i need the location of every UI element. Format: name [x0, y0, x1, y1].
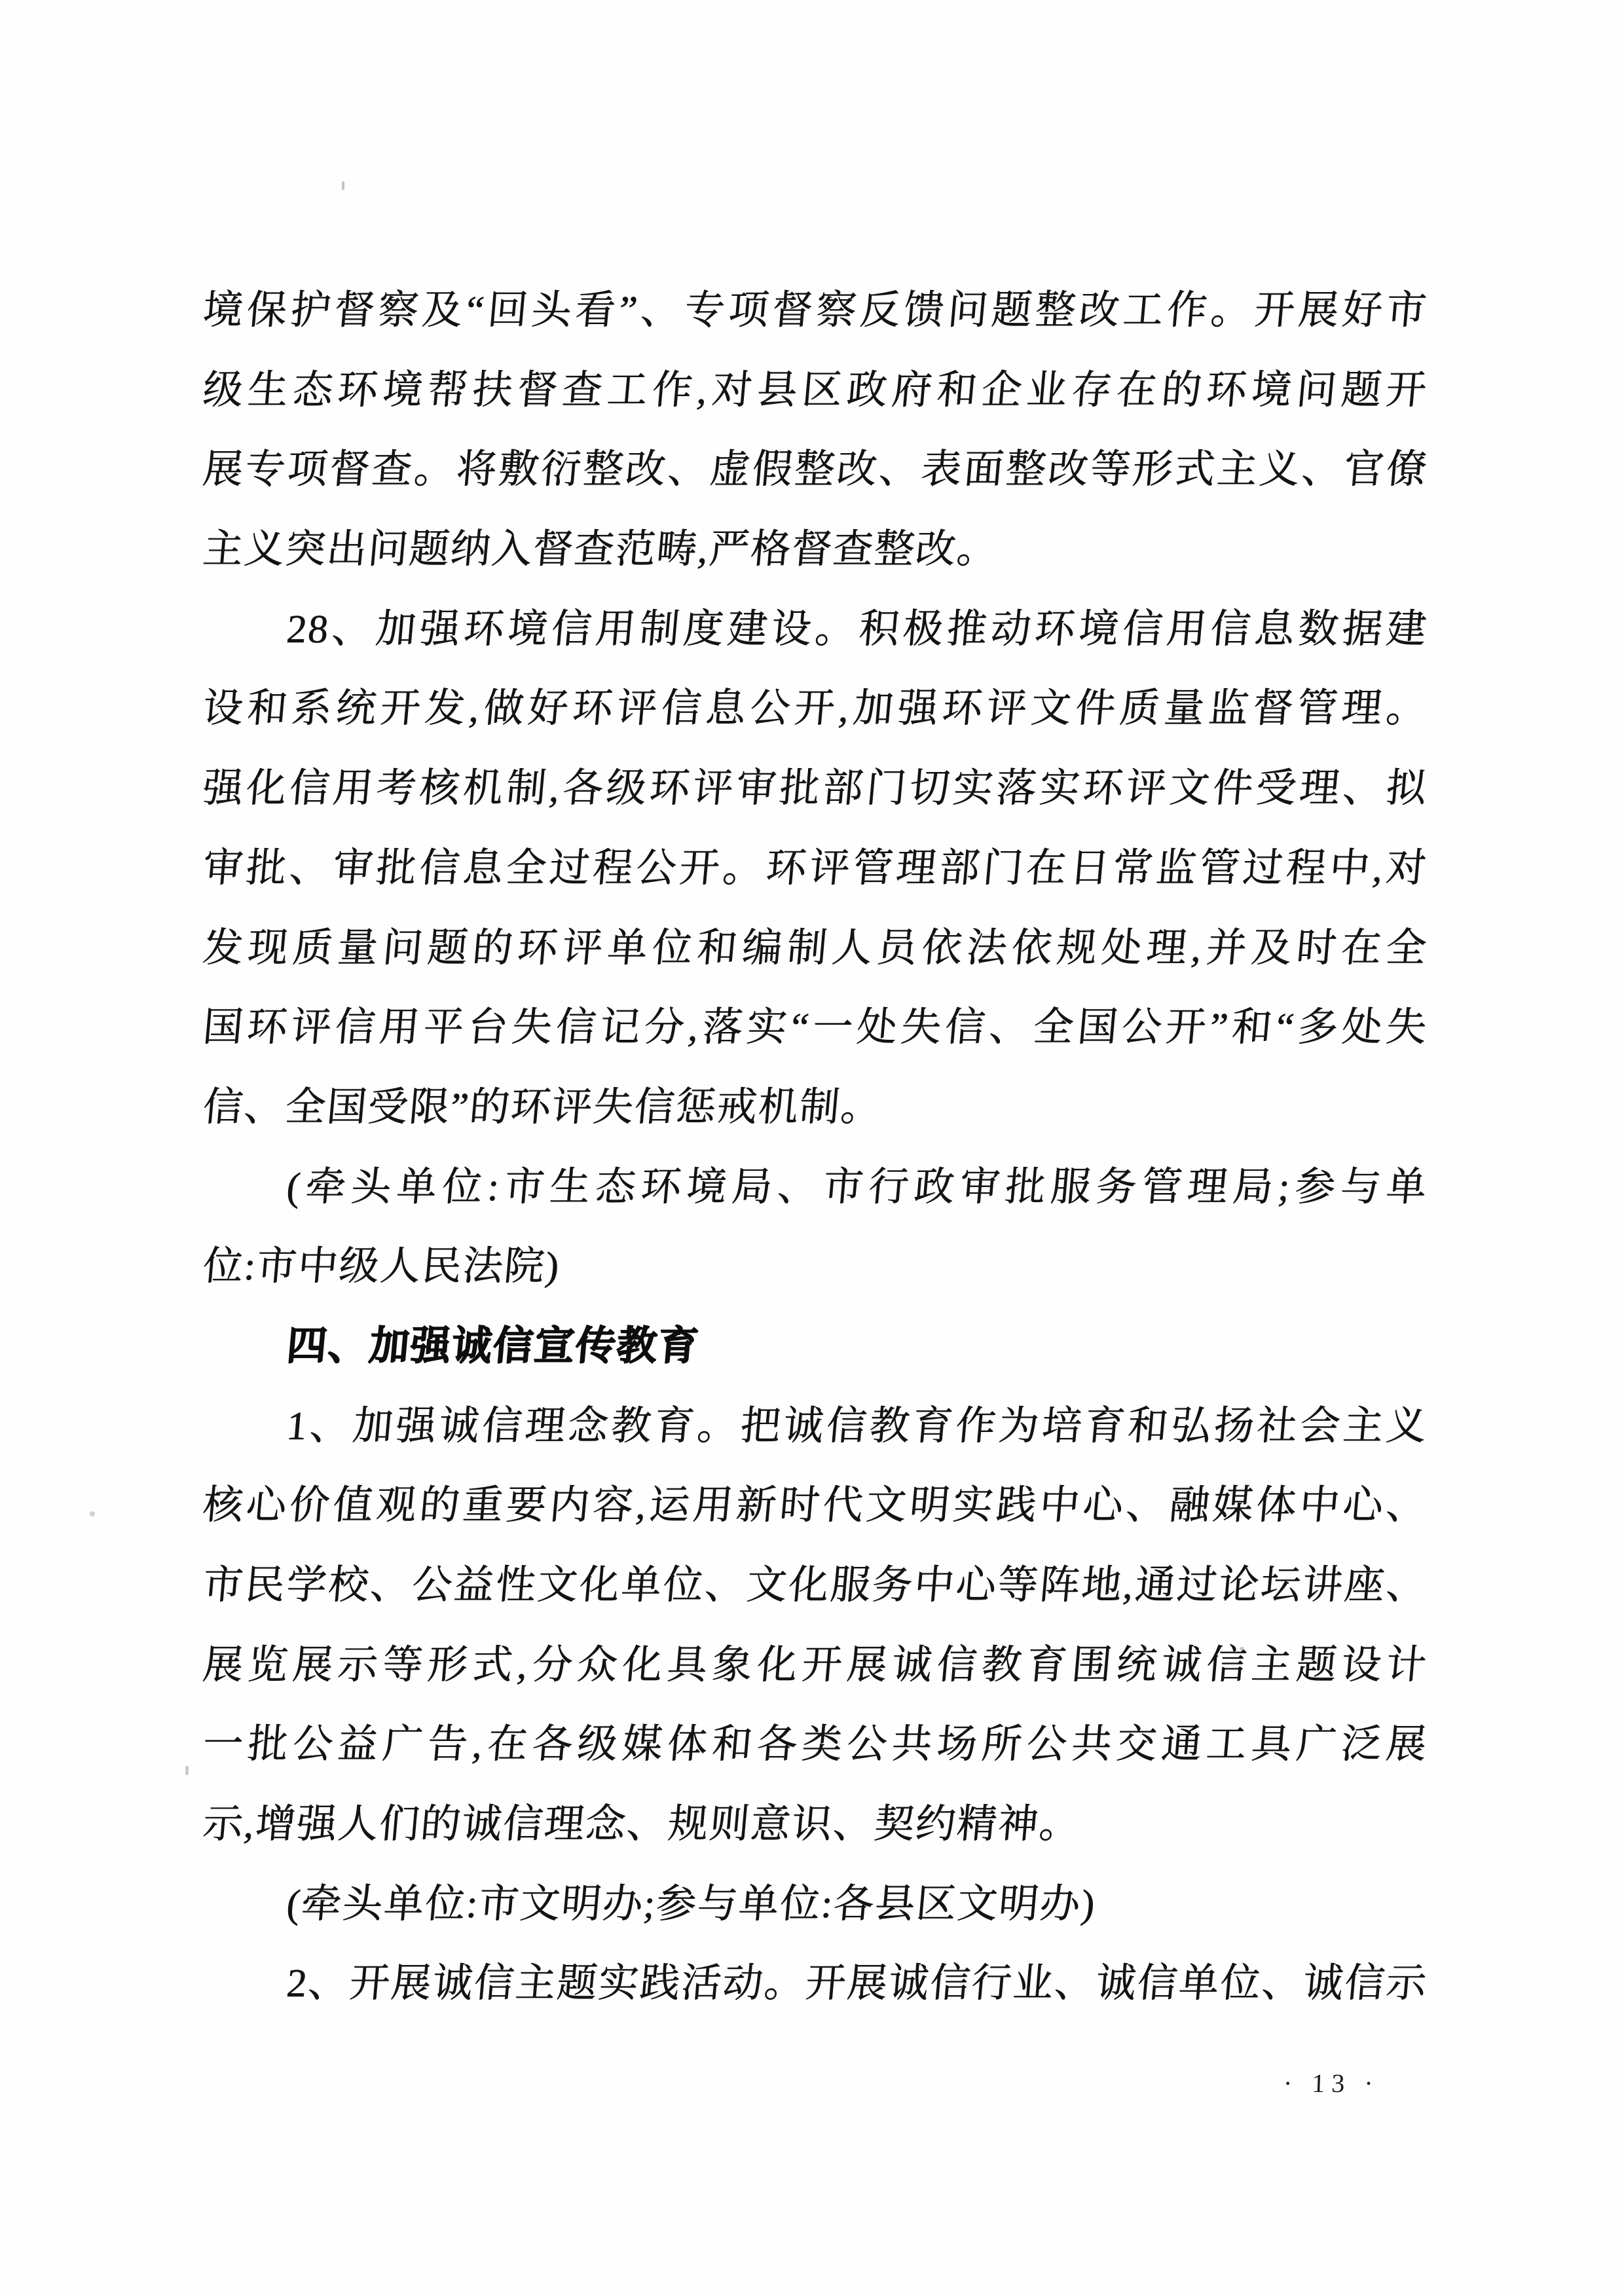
- text-line: 一批公益广告,在各级媒体和各类公共场所公共交通工具广泛展: [200, 1705, 1431, 1785]
- text-line: 境保护督察及“回头看”、专项督察反馈问题整改工作。开展好市: [200, 271, 1431, 351]
- text-line: 展专项督查。将敷衍整改、虚假整改、表面整改等形式主义、官僚: [200, 430, 1431, 510]
- document-body: 境保护督察及“回头看”、专项督察反馈问题整改工作。开展好市 级生态环境帮扶督查工…: [203, 271, 1428, 2024]
- text-line: 28、加强环境信用制度建设。积极推动环境信用信息数据建: [200, 590, 1431, 670]
- text-line: 发现质量问题的环评单位和编制人员依法依规处理,并及时在全: [200, 909, 1431, 989]
- lead-unit-line: (牵头单位:市生态环境局、市行政审批服务管理局;参与单: [200, 1148, 1431, 1228]
- text-line: 级生态环境帮扶督查工作,对县区政府和企业存在的环境问题开: [200, 351, 1431, 431]
- text-line: 核心价值观的重要内容,运用新时代文明实践中心、融媒体中心、: [200, 1466, 1431, 1546]
- page-number: · 13 ·: [1283, 2068, 1415, 2099]
- text-line: 示,增强人们的诚信理念、规则意识、契约精神。: [200, 1785, 1431, 1865]
- text-line: 展览展示等形式,分众化具象化开展诚信教育围统诚信主题设计: [200, 1626, 1431, 1706]
- text-line: 设和系统开发,做好环评信息公开,加强环评文件质量监督管理。: [200, 669, 1431, 749]
- scan-speck: [1240, 1647, 1244, 1651]
- lead-unit-line: (牵头单位:市文明办;参与单位:各县区文明办): [200, 1865, 1431, 1945]
- scan-speck: [90, 1511, 95, 1516]
- text-line: 1、加强诚信理念教育。把诚信教育作为培育和弘扬社会主义: [200, 1387, 1431, 1467]
- section-heading: 四、加强诚信宣传教育: [200, 1307, 1431, 1387]
- text-line: 主义突出问题纳入督查范畴,严格督查整改。: [200, 510, 1431, 590]
- text-line: 审批、审批信息全过程公开。环评管理部门在日常监管过程中,对: [200, 829, 1431, 909]
- lead-unit-line: 位:市中级人民法院): [200, 1227, 1431, 1307]
- scan-speck: [185, 1766, 189, 1775]
- text-line: 国环评信用平台失信记分,落实“一处失信、全国公开”和“多处失: [200, 988, 1431, 1068]
- scanned-document-page: 境保护督察及“回头看”、专项督察反馈问题整改工作。开展好市 级生态环境帮扶督查工…: [0, 0, 1624, 2295]
- text-line: 2、开展诚信主题实践活动。开展诚信行业、诚信单位、诚信示: [200, 1944, 1431, 2024]
- text-line: 信、全国受限”的环评失信惩戒机制。: [200, 1068, 1431, 1148]
- text-line: 强化信用考核机制,各级环评审批部门切实落实环评文件受理、拟: [200, 749, 1431, 829]
- text-line: 市民学校、公益性文化单位、文化服务中心等阵地,通过论坛讲座、: [200, 1546, 1431, 1626]
- scan-speck: [342, 181, 344, 190]
